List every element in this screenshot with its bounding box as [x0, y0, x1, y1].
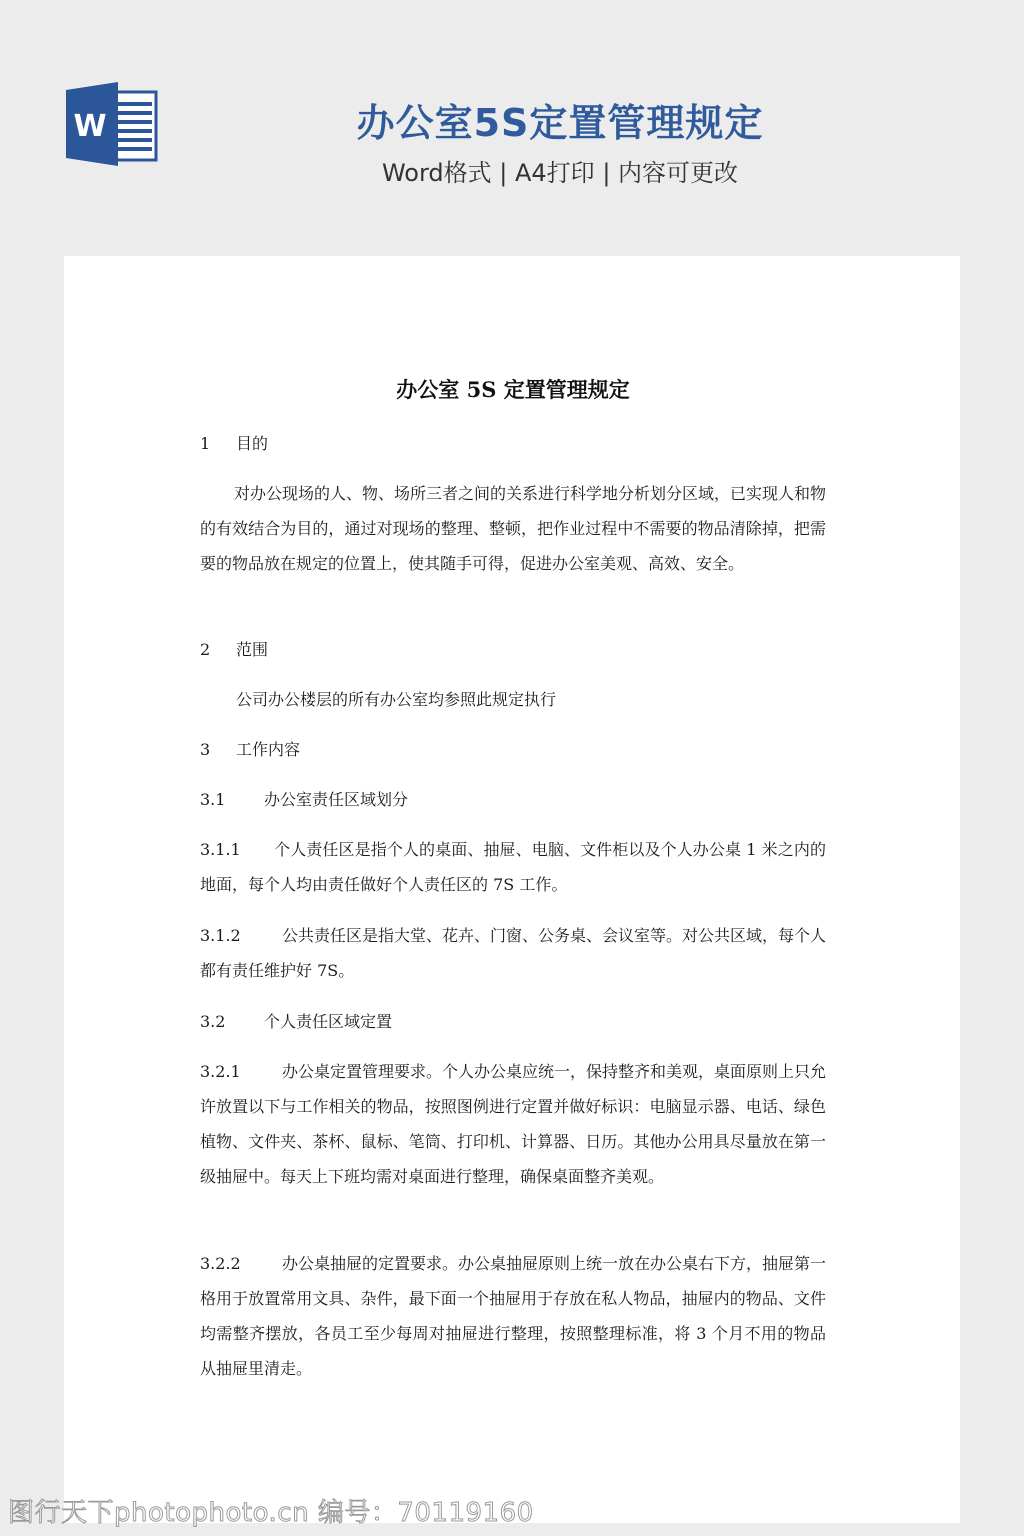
section-heading: 个人责任区域定置	[264, 1012, 392, 1031]
document-title: 办公室 5S 定置管理规定	[200, 374, 826, 404]
subsection-heading-3-2: 3.2个人责任区域定置	[200, 1012, 392, 1032]
clause-text: 办公桌定置管理要求。个人办公桌应统一，保持整齐和美观，桌面原则上只允许放置以下与…	[200, 1062, 826, 1186]
section-heading-scope: 2范围	[200, 640, 268, 660]
svg-text:W: W	[73, 109, 106, 144]
word-document-icon: W	[64, 80, 158, 168]
section-heading: 范围	[236, 640, 268, 659]
paragraph-purpose: 对办公现场的人、物、场所三者之间的关系进行科学地分析划分区域，已实现人和物的有效…	[200, 476, 826, 581]
clause-text: 公共责任区是指大堂、花卉、门窗、公务桌、会议室等。对公共区域，每个人都有责任维护…	[200, 926, 826, 980]
section-heading: 工作内容	[236, 740, 300, 759]
section-number: 2	[200, 640, 236, 660]
section-number: 3.1	[200, 790, 264, 810]
clause-number: 3.1.2	[200, 918, 282, 953]
clause-text: 个人责任区是指个人的桌面、抽屉、电脑、文件柜以及个人办公桌 1 米之内的地面，每…	[200, 840, 826, 894]
section-number: 3.2	[200, 1012, 264, 1032]
subsection-heading-3-1: 3.1办公室责任区域划分	[200, 790, 408, 810]
section-heading: 办公室责任区域划分	[264, 790, 408, 809]
section-heading-work-content: 3工作内容	[200, 740, 300, 760]
section-heading: 目的	[236, 434, 268, 453]
section-number: 1	[200, 434, 236, 454]
section-number: 3	[200, 740, 236, 760]
document-page: 办公室 5S 定置管理规定 1目的 对办公现场的人、物、场所三者之间的关系进行科…	[64, 256, 960, 1523]
clause-number: 3.1.1	[200, 832, 274, 867]
clause-3-2-2: 3.2.2办公桌抽屉的定置要求。办公桌抽屉原则上统一放在办公桌右下方，抽屉第一格…	[200, 1246, 826, 1386]
clause-3-1-2: 3.1.2公共责任区是指大堂、花卉、门窗、公务桌、会议室等。对公共区域，每个人都…	[200, 918, 826, 988]
banner-subtitle: Word格式 | A4打印 | 内容可更改	[300, 153, 820, 188]
watermark-text: 图行天下photophoto.cn 编号：70119160	[8, 1492, 534, 1529]
clause-text: 办公桌抽屉的定置要求。办公桌抽屉原则上统一放在办公桌右下方，抽屉第一格用于放置常…	[200, 1254, 826, 1378]
banner-title: 办公室5S定置管理规定	[300, 92, 820, 147]
clause-3-1-1: 3.1.1个人责任区是指个人的桌面、抽屉、电脑、文件柜以及个人办公桌 1 米之内…	[200, 832, 826, 902]
paragraph-scope: 公司办公楼层的所有办公室均参照此规定执行	[236, 690, 556, 710]
section-heading-purpose: 1目的	[200, 434, 268, 454]
clause-number: 3.2.2	[200, 1246, 282, 1281]
clause-3-2-1: 3.2.1办公桌定置管理要求。个人办公桌应统一，保持整齐和美观，桌面原则上只允许…	[200, 1054, 826, 1194]
clause-number: 3.2.1	[200, 1054, 282, 1089]
